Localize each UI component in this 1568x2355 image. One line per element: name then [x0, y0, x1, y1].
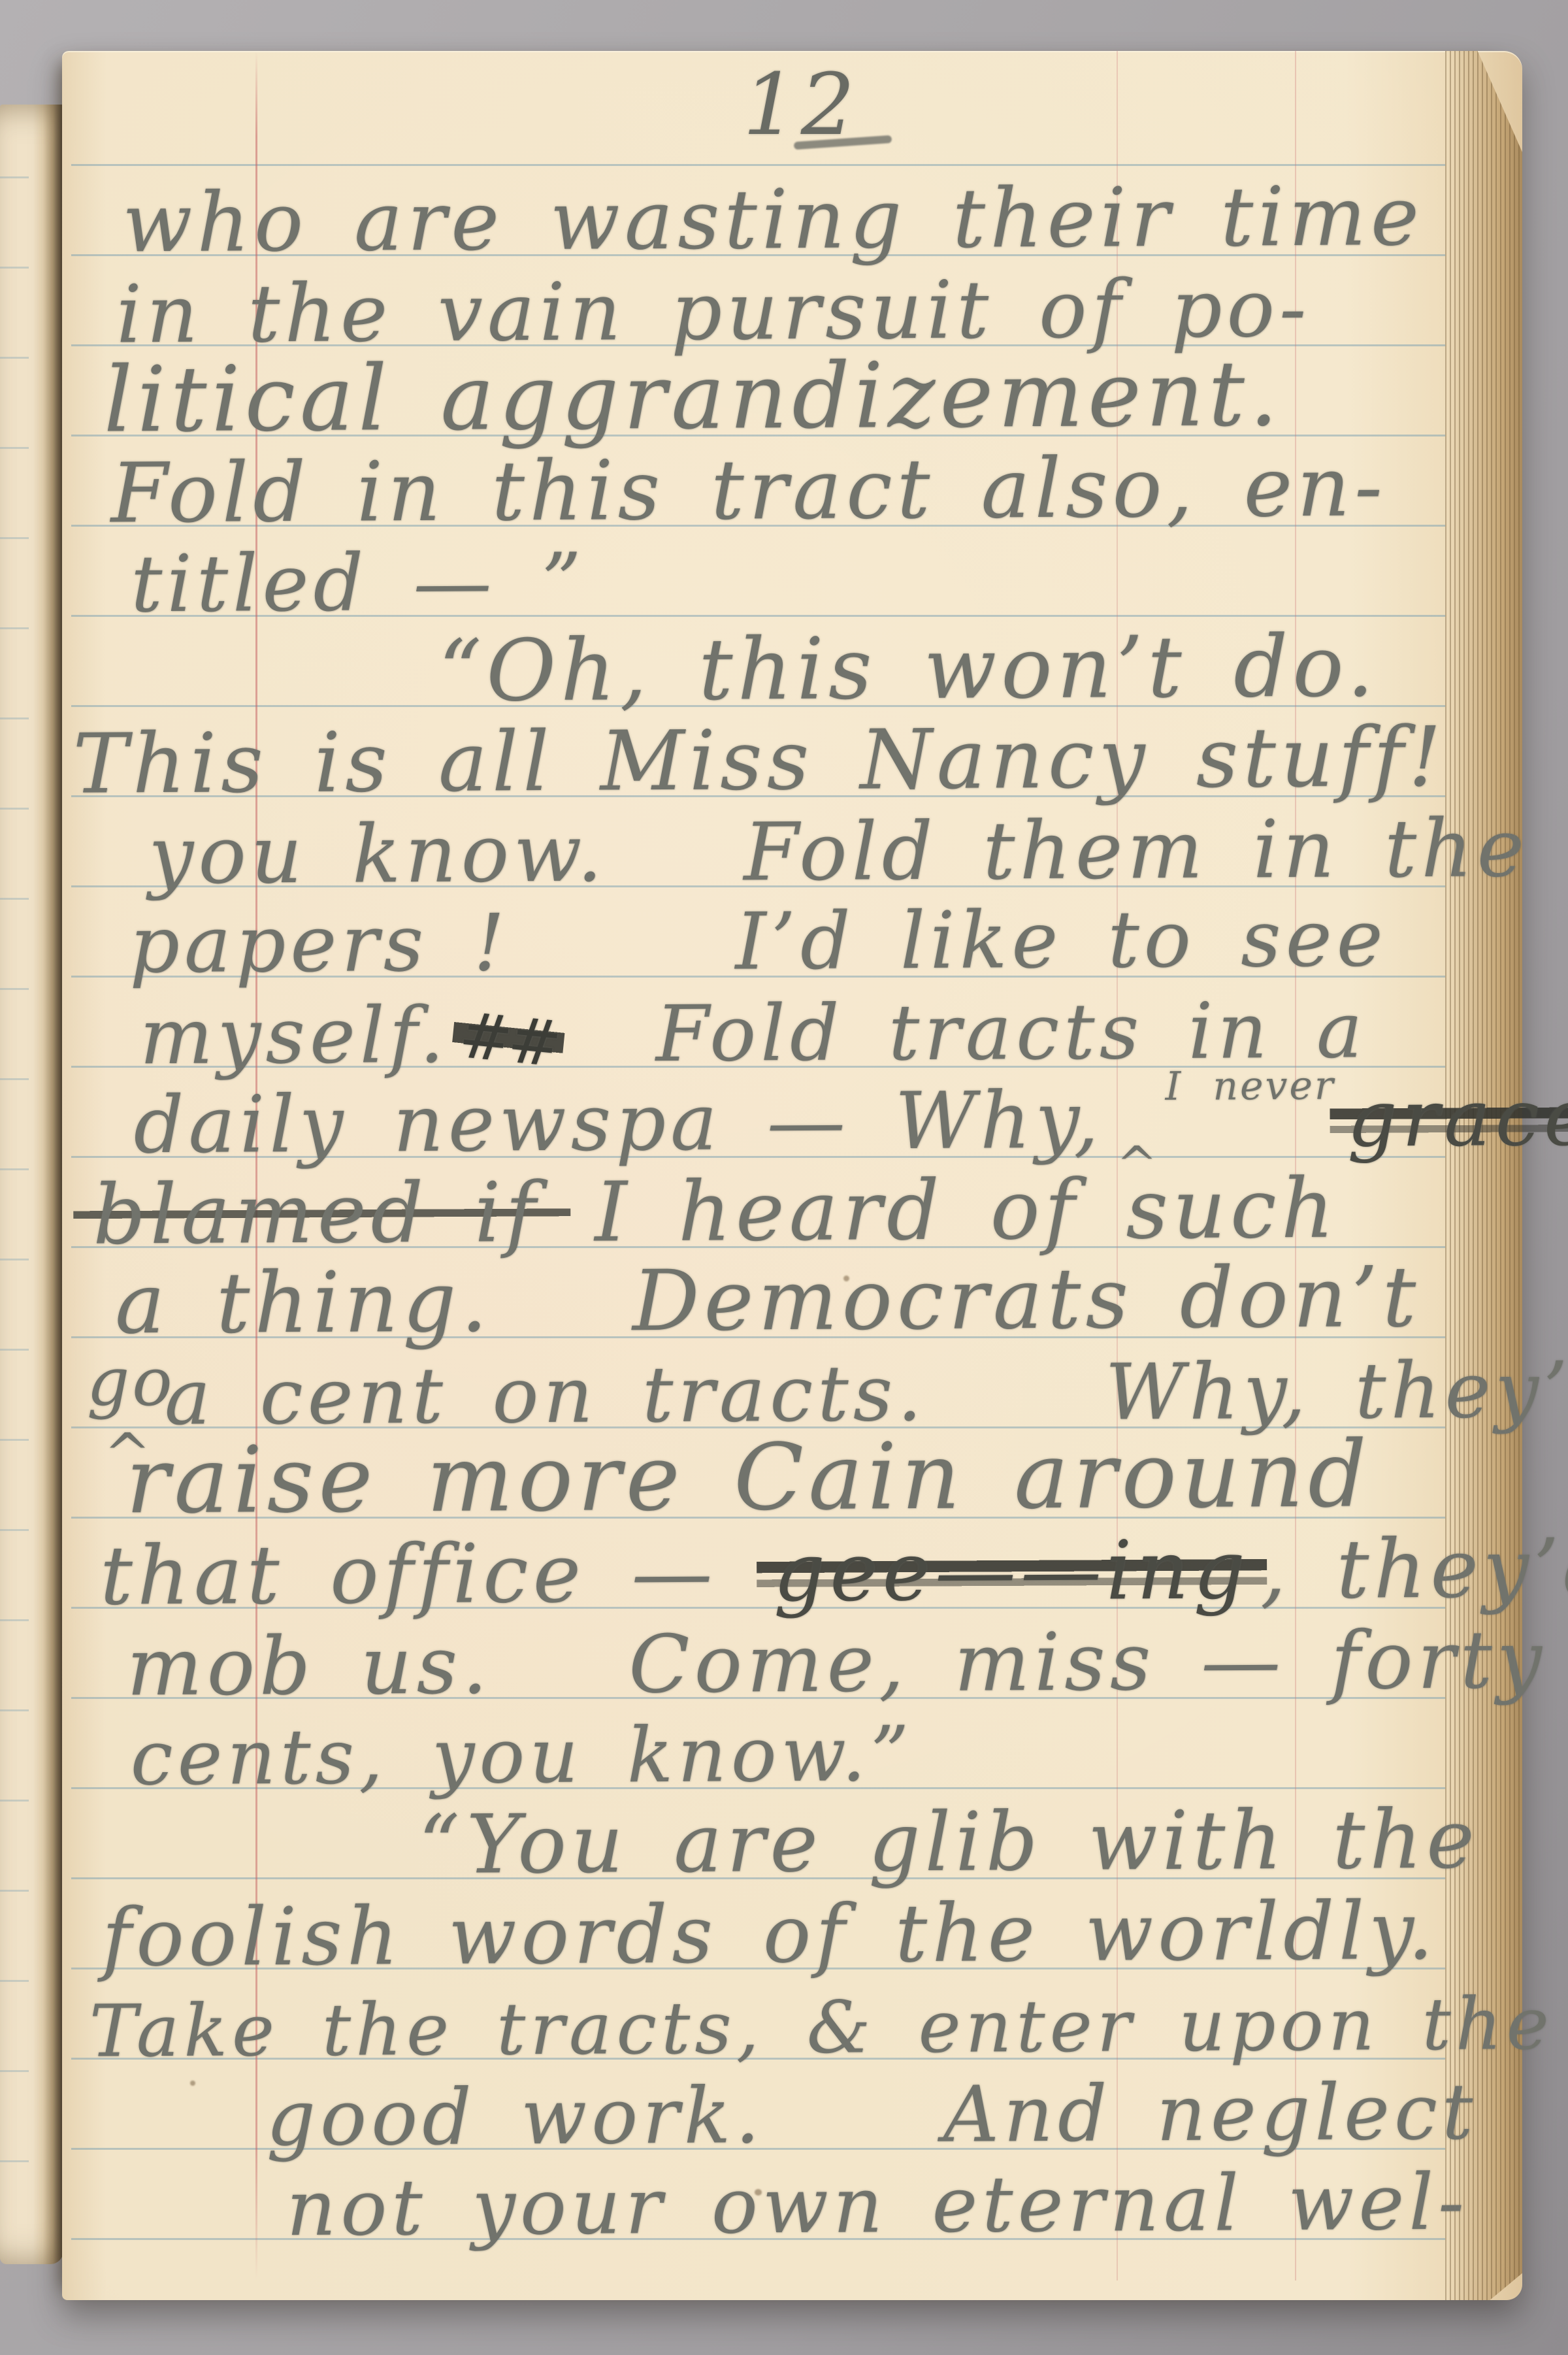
- manuscript-segment-insert: I never: [1165, 1066, 1335, 1106]
- manuscript-segment-struck-heavy: gee——ing: [756, 1523, 1267, 1620]
- manuscript-line: good work. And neglect: [266, 2073, 1477, 2157]
- manuscript-lines: who are wasting their timein the vain pu…: [56, 47, 1528, 2304]
- manuscript-line: you know. Fold them in the: [148, 808, 1529, 895]
- manuscript-line: a thing. Democrats don’t: [115, 1256, 1421, 1346]
- manuscript-line: cents, you know.”: [130, 1717, 913, 1796]
- paper-speck: [755, 2189, 762, 2196]
- manuscript-segment: “Oh, this won’t do.: [438, 616, 1379, 721]
- manuscript-line: litical aggrandizement.: [103, 349, 1282, 445]
- manuscript-segment: not your own eternal wel-: [286, 2157, 1469, 2253]
- manuscript-segment: cents, you know.”: [130, 1710, 913, 1802]
- notebook-page: 12 go ^ who are wasting their timein the…: [62, 51, 1522, 2300]
- manuscript-line: not your own eternal wel-: [286, 2164, 1469, 2247]
- paper-speck: [190, 2081, 195, 2086]
- manuscript-segment-struck-heavy: grace: [1330, 1072, 1568, 1164]
- manuscript-line: papers ! I’d like to see: [129, 900, 1388, 985]
- manuscript-line: Take the tracts, & enter upon the: [90, 1988, 1554, 2067]
- manuscript-line: blamed if I heard of such: [91, 1168, 1339, 1257]
- manuscript-segment: myself.: [140, 990, 449, 1081]
- manuscript-line: daily newspa — Why,^I nevergrace: [133, 1079, 1568, 1165]
- manuscript-line: mob us. Come, miss — forty: [127, 1620, 1547, 1707]
- manuscript-line: who are wasting their time: [122, 176, 1424, 264]
- manuscript-segment-scrub: ##: [449, 1003, 566, 1077]
- manuscript-segment: who are wasting their time: [122, 169, 1424, 271]
- manuscript-segment: a thing. Democrats don’t: [115, 1249, 1421, 1353]
- manuscript-segment: titled — ”: [131, 537, 586, 631]
- manuscript-segment: Fold in this tract also, en-: [110, 438, 1387, 541]
- notebook-photo: 12 go ^ who are wasting their timein the…: [0, 0, 1568, 2355]
- manuscript-segment: I heard of such: [548, 1161, 1339, 1260]
- manuscript-segment: raise more Cain around: [125, 1421, 1371, 1534]
- manuscript-line: myself.## Fold tracts in a: [140, 991, 1367, 1075]
- manuscript-line: “Oh, this won’t do.: [438, 623, 1379, 714]
- manuscript-segment-struck: blamed if: [73, 1164, 571, 1263]
- left-page-rule-dashes: [0, 176, 29, 2186]
- manuscript-segment: good work. And neglect: [266, 2067, 1478, 2164]
- manuscript-line: titled — ”: [131, 544, 586, 625]
- manuscript-segment: This is all Miss Nancy stuff!: [73, 709, 1446, 812]
- manuscript-segment: Take the tracts, & enter upon the: [90, 1982, 1554, 2073]
- manuscript-segment: mob us. Come, miss — forty: [127, 1613, 1547, 1713]
- manuscript-segment: , they’d: [1260, 1521, 1568, 1617]
- manuscript-segment: foolish words of the worldly.: [102, 1885, 1438, 1984]
- manuscript-segment: “You are glib with the: [418, 1793, 1479, 1892]
- manuscript-line: This is all Miss Nancy stuff!: [73, 716, 1446, 806]
- manuscript-segment: you know. Fold them in the: [148, 802, 1529, 902]
- manuscript-line: foolish words of the worldly.: [102, 1891, 1438, 1978]
- manuscript-line: that office — gee——ing, they’d: [100, 1528, 1568, 1617]
- paper-speck: [843, 1276, 849, 1281]
- left-page-stack-edge: [0, 105, 63, 2264]
- manuscript-segment: daily newspa — Why,: [133, 1076, 1103, 1172]
- manuscript-line: Fold in this tract also, en-: [110, 446, 1387, 535]
- manuscript-segment: litical aggrandizement.: [103, 341, 1282, 452]
- manuscript-line: raise more Cain around: [125, 1429, 1371, 1527]
- manuscript-segment: papers ! I’d like to see: [129, 893, 1388, 991]
- manuscript-segment: that office —: [100, 1526, 763, 1623]
- manuscript-line: “You are glib with the: [418, 1800, 1479, 1886]
